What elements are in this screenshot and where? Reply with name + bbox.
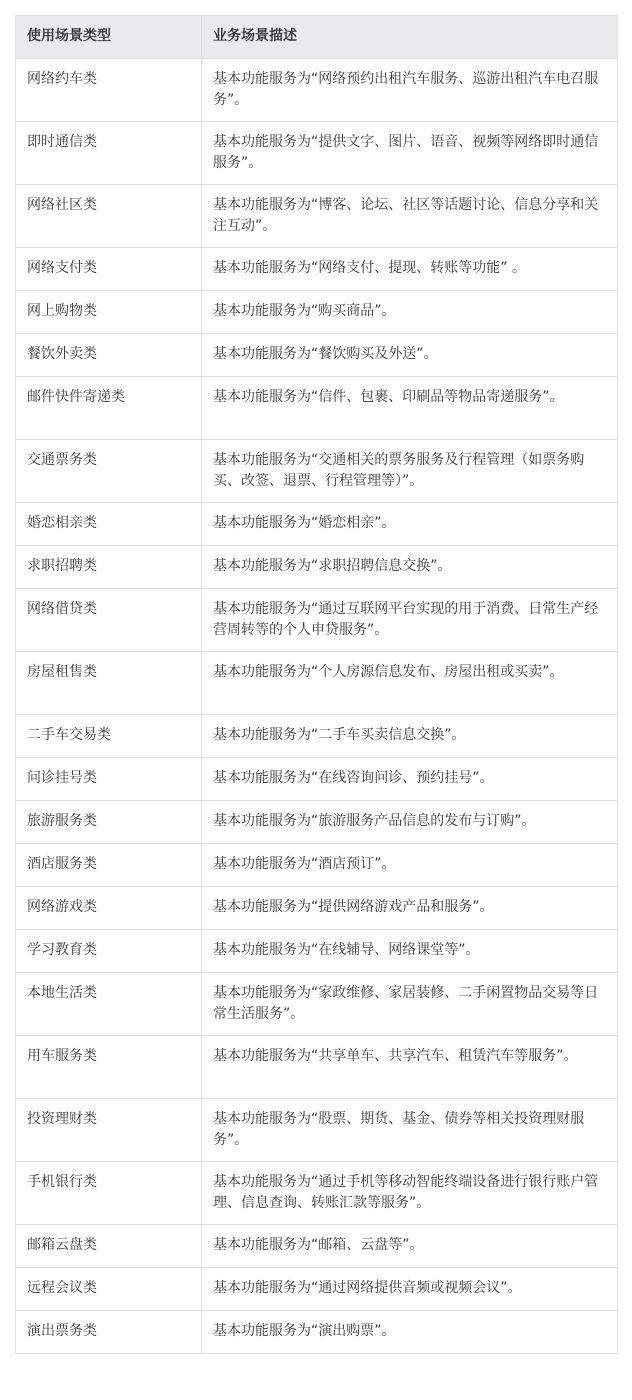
business-description-cell: 基本功能服务为“通过网络提供音频或视频会议”。: [202, 1268, 618, 1311]
scenario-type-cell: 餐饮外卖类: [16, 334, 202, 377]
business-description-cell: 基本功能服务为“信件、包裹、印刷品等物品寄递服务”。: [202, 377, 618, 440]
table-row: 网络支付类基本功能服务为“网络支付、提现、转账等功能” 。: [16, 248, 618, 291]
scenario-type-cell: 手机银行类: [16, 1162, 202, 1225]
header-business-description: 业务场景描述: [202, 16, 618, 59]
table-row: 即时通信类基本功能服务为“提供文字、图片、语音、视频等网络即时通信服务”。: [16, 122, 618, 185]
scenario-type-cell: 二手车交易类: [16, 715, 202, 758]
table-row: 本地生活类基本功能服务为“家政维修、家居装修、二手闲置物品交易等日常生活服务”。: [16, 973, 618, 1036]
table-row: 邮箱云盘类基本功能服务为“邮箱、云盘等”。: [16, 1225, 618, 1268]
scenario-type-cell: 本地生活类: [16, 973, 202, 1036]
business-description-cell: 基本功能服务为“博客、论坛、社区等话题讨论、信息分享和关注互动”。: [202, 185, 618, 248]
scenario-type-cell: 旅游服务类: [16, 801, 202, 844]
table-row: 交通票务类基本功能服务为“交通相关的票务服务及行程管理（如票务购买、改签、退票、…: [16, 440, 618, 503]
table-row: 网上购物类基本功能服务为“购买商品”。: [16, 291, 618, 334]
scenario-type-cell: 演出票务类: [16, 1311, 202, 1354]
scenario-type-cell: 学习教育类: [16, 930, 202, 973]
table-row: 求职招聘类基本功能服务为“求职招聘信息交换”。: [16, 546, 618, 589]
table-row: 旅游服务类基本功能服务为“旅游服务产品信息的发布与订购”。: [16, 801, 618, 844]
business-description-cell: 基本功能服务为“邮箱、云盘等”。: [202, 1225, 618, 1268]
business-description-cell: 基本功能服务为“二手车买卖信息交换”。: [202, 715, 618, 758]
table-header-row: 使用场景类型 业务场景描述: [16, 16, 618, 59]
business-description-cell: 基本功能服务为“在线咨询问诊、预约挂号”。: [202, 758, 618, 801]
scenario-type-cell: 求职招聘类: [16, 546, 202, 589]
table-row: 问诊挂号类基本功能服务为“在线咨询问诊、预约挂号”。: [16, 758, 618, 801]
business-description-cell: 基本功能服务为“在线辅导、网络课堂等”。: [202, 930, 618, 973]
scenario-type-cell: 投资理财类: [16, 1099, 202, 1162]
table-row: 婚恋相亲类基本功能服务为“婚恋相亲”。: [16, 503, 618, 546]
table-row: 远程会议类基本功能服务为“通过网络提供音频或视频会议”。: [16, 1268, 618, 1311]
table-row: 房屋租售类基本功能服务为“个人房源信息发布、房屋出租或买卖”。: [16, 652, 618, 715]
scenario-type-cell: 网络约车类: [16, 59, 202, 122]
business-description-cell: 基本功能服务为“通过互联网平台实现的用于消费、日常生产经营周转等的个人申贷服务”…: [202, 589, 618, 652]
table-row: 邮件快件寄递类基本功能服务为“信件、包裹、印刷品等物品寄递服务”。: [16, 377, 618, 440]
business-description-cell: 基本功能服务为“家政维修、家居装修、二手闲置物品交易等日常生活服务”。: [202, 973, 618, 1036]
scenario-table: 使用场景类型 业务场景描述 网络约车类基本功能服务为“网络预约出租汽车服务、巡游…: [15, 15, 618, 1354]
business-description-cell: 基本功能服务为“旅游服务产品信息的发布与订购”。: [202, 801, 618, 844]
business-description-cell: 基本功能服务为“网络预约出租汽车服务、巡游出租汽车电召服务”。: [202, 59, 618, 122]
business-description-cell: 基本功能服务为“演出购票”。: [202, 1311, 618, 1354]
business-description-cell: 基本功能服务为“通过手机等移动智能终端设备进行银行账户管理、信息查询、转账汇款等…: [202, 1162, 618, 1225]
business-description-cell: 基本功能服务为“共享单车、共享汽车、租赁汽车等服务”。: [202, 1036, 618, 1099]
scenario-type-cell: 用车服务类: [16, 1036, 202, 1099]
business-description-cell: 基本功能服务为“婚恋相亲”。: [202, 503, 618, 546]
business-description-cell: 基本功能服务为“提供网络游戏产品和服务”。: [202, 887, 618, 930]
table-row: 手机银行类基本功能服务为“通过手机等移动智能终端设备进行银行账户管理、信息查询、…: [16, 1162, 618, 1225]
table-body: 网络约车类基本功能服务为“网络预约出租汽车服务、巡游出租汽车电召服务”。即时通信…: [16, 59, 618, 1354]
table-row: 学习教育类基本功能服务为“在线辅导、网络课堂等”。: [16, 930, 618, 973]
scenario-type-cell: 酒店服务类: [16, 844, 202, 887]
business-description-cell: 基本功能服务为“个人房源信息发布、房屋出租或买卖”。: [202, 652, 618, 715]
table-row: 网络约车类基本功能服务为“网络预约出租汽车服务、巡游出租汽车电召服务”。: [16, 59, 618, 122]
business-description-cell: 基本功能服务为“网络支付、提现、转账等功能” 。: [202, 248, 618, 291]
table-row: 投资理财类基本功能服务为“股票、期货、基金、债券等相关投资理财服务”。: [16, 1099, 618, 1162]
scenario-type-cell: 网络社区类: [16, 185, 202, 248]
scenario-type-cell: 邮箱云盘类: [16, 1225, 202, 1268]
business-description-cell: 基本功能服务为“酒店预订”。: [202, 844, 618, 887]
table-row: 演出票务类基本功能服务为“演出购票”。: [16, 1311, 618, 1354]
scenario-type-cell: 交通票务类: [16, 440, 202, 503]
business-description-cell: 基本功能服务为“提供文字、图片、语音、视频等网络即时通信服务”。: [202, 122, 618, 185]
scenario-type-cell: 问诊挂号类: [16, 758, 202, 801]
scenario-type-cell: 网络支付类: [16, 248, 202, 291]
business-description-cell: 基本功能服务为“交通相关的票务服务及行程管理（如票务购买、改签、退票、行程管理等…: [202, 440, 618, 503]
table-row: 酒店服务类基本功能服务为“酒店预订”。: [16, 844, 618, 887]
table-row: 网络游戏类基本功能服务为“提供网络游戏产品和服务”。: [16, 887, 618, 930]
business-description-cell: 基本功能服务为“股票、期货、基金、债券等相关投资理财服务”。: [202, 1099, 618, 1162]
scenario-type-cell: 房屋租售类: [16, 652, 202, 715]
scenario-table-container: 使用场景类型 业务场景描述 网络约车类基本功能服务为“网络预约出租汽车服务、巡游…: [15, 15, 617, 1354]
header-scenario-type: 使用场景类型: [16, 16, 202, 59]
scenario-type-cell: 邮件快件寄递类: [16, 377, 202, 440]
scenario-type-cell: 网络借贷类: [16, 589, 202, 652]
scenario-type-cell: 婚恋相亲类: [16, 503, 202, 546]
business-description-cell: 基本功能服务为“求职招聘信息交换”。: [202, 546, 618, 589]
business-description-cell: 基本功能服务为“购买商品”。: [202, 291, 618, 334]
scenario-type-cell: 网上购物类: [16, 291, 202, 334]
scenario-type-cell: 网络游戏类: [16, 887, 202, 930]
scenario-type-cell: 远程会议类: [16, 1268, 202, 1311]
table-row: 网络社区类基本功能服务为“博客、论坛、社区等话题讨论、信息分享和关注互动”。: [16, 185, 618, 248]
table-row: 用车服务类基本功能服务为“共享单车、共享汽车、租赁汽车等服务”。: [16, 1036, 618, 1099]
table-row: 二手车交易类基本功能服务为“二手车买卖信息交换”。: [16, 715, 618, 758]
business-description-cell: 基本功能服务为“餐饮购买及外送”。: [202, 334, 618, 377]
table-row: 餐饮外卖类基本功能服务为“餐饮购买及外送”。: [16, 334, 618, 377]
table-row: 网络借贷类基本功能服务为“通过互联网平台实现的用于消费、日常生产经营周转等的个人…: [16, 589, 618, 652]
scenario-type-cell: 即时通信类: [16, 122, 202, 185]
